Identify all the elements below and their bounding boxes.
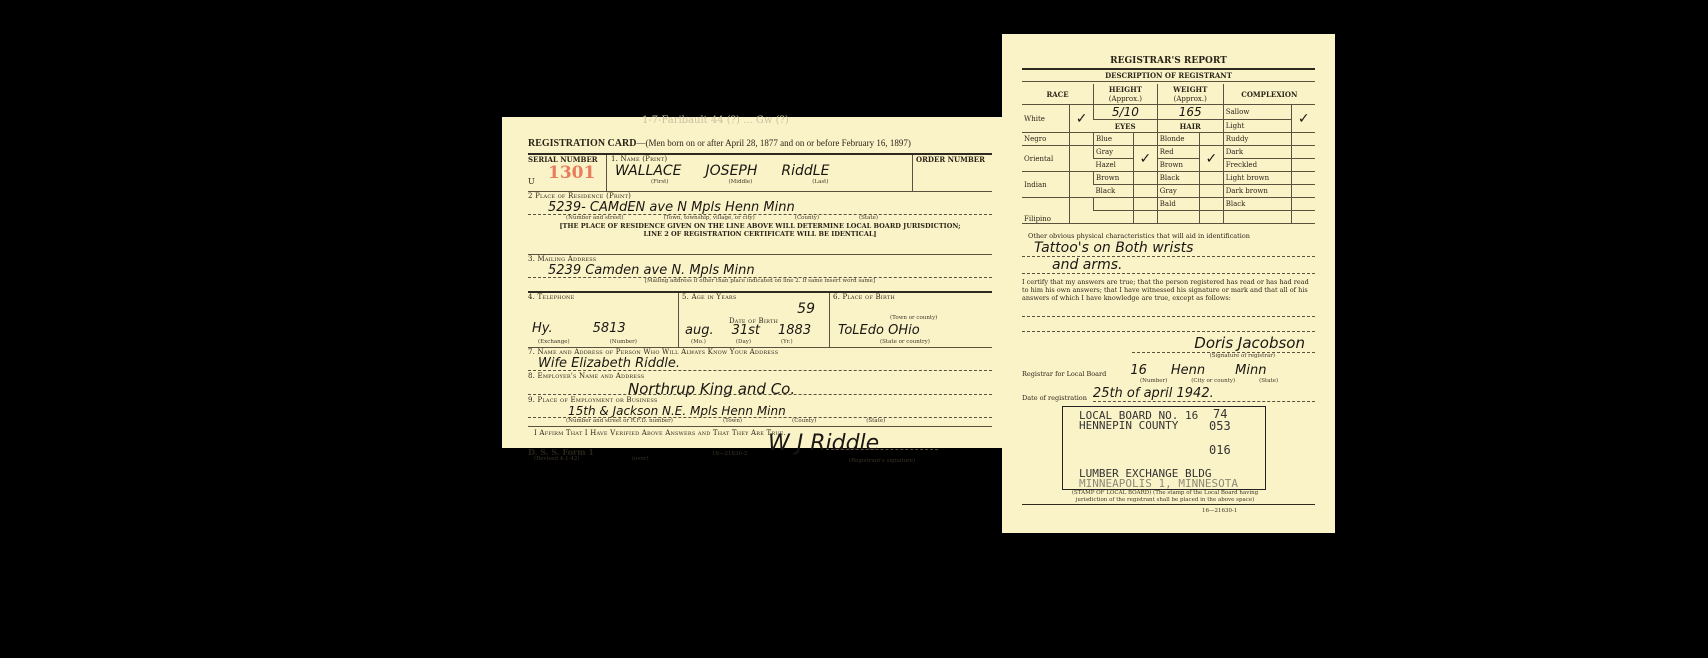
local-board-number: 16 — [1130, 363, 1147, 378]
name-last: RiddLE — [781, 163, 829, 179]
name-last-sub: (Last) — [812, 179, 828, 185]
serial-prefix: U — [528, 177, 535, 186]
weight-value: 165 — [1157, 105, 1223, 120]
race-filipino: Filipino — [1022, 198, 1070, 224]
complexion-dark: Dark — [1223, 146, 1292, 159]
height-value: 5/10 — [1094, 105, 1158, 120]
registration-card-front: 1-7-Faribault 44 (?) ... Gw (?) REGISTRA… — [502, 117, 1002, 448]
hair-gray: Gray — [1157, 185, 1199, 198]
name-label: 1. Name (Print) — [611, 155, 912, 163]
stamp-line4: MINNEAPOLIS 1, MINNESOTA — [1079, 477, 1238, 490]
dob-month-sub: (Mo.) — [691, 339, 706, 345]
telephone-number-sub: (Number) — [610, 339, 637, 345]
hair-header: HAIR — [1157, 120, 1223, 133]
complexion-sallow: Sallow — [1223, 105, 1292, 120]
dob-month: aug. — [685, 323, 714, 338]
telephone-number: 5813 — [593, 321, 626, 336]
other-characteristics-line2: and arms. — [1022, 257, 1315, 274]
stamp-number-3: 016 — [1209, 443, 1231, 457]
race-negro: Negro — [1022, 133, 1070, 146]
front-form-code: 16—21630-2 — [712, 451, 747, 457]
employer-label: 8. Employer's Name and Address — [528, 372, 992, 380]
complexion-light-check: ✓ — [1292, 105, 1315, 133]
race-white-check: ✓ — [1070, 105, 1094, 133]
order-number-box: ORDER NUMBER — [913, 155, 992, 191]
dob-day: 31st — [732, 323, 760, 338]
exception-line-2 — [1022, 317, 1315, 332]
workplace-sub-county: (County) — [792, 418, 816, 424]
other-characteristics-label: Other obvious physical characteristics t… — [1022, 232, 1315, 240]
report-subtitle: DESCRIPTION OF REGISTRANT — [1022, 70, 1315, 82]
employer-value: Northrup King and Co. — [528, 380, 992, 395]
residence-sub-town: (Town, township, village, or city) — [664, 215, 755, 221]
complexion-light: Light — [1223, 120, 1292, 133]
hair-bald: Bald — [1157, 198, 1199, 211]
serial-number-box: SERIAL NUMBER U 1301 — [528, 155, 607, 191]
residence-label: 2 Place of Residence (Print) — [528, 192, 992, 200]
race-header: RACE — [1022, 84, 1094, 105]
mailing-label: 3. Mailing Address — [528, 255, 992, 263]
registrar-signature-label: (Signature of registrar) — [1132, 352, 1315, 359]
local-board-label: Registrar for Local Board — [1022, 370, 1106, 378]
exception-line-1 — [1022, 302, 1315, 317]
local-board-city-sub: (City or county) — [1191, 378, 1235, 384]
bottom-rule — [1022, 504, 1315, 505]
race-white: White — [1022, 105, 1070, 133]
affirm-section: I Affirm That I Have Verified Above Answ… — [528, 427, 992, 467]
eyes-check: ✓ — [1134, 146, 1158, 172]
complexion-dark-brown: Dark brown — [1223, 185, 1292, 198]
local-board-city: Henn — [1171, 363, 1205, 378]
hair-blonde: Blonde — [1157, 133, 1199, 146]
name-middle: JOSEPH — [706, 163, 758, 179]
contact-section: 7. Name and Address of Person Who Will A… — [528, 348, 992, 372]
certify-text: I certify that my answers are true; that… — [1022, 278, 1315, 302]
hair-brown: Brown — [1157, 159, 1199, 172]
weight-header: WEIGHT(Approx.) — [1157, 84, 1223, 105]
residence-sub-county: (County) — [795, 215, 819, 221]
order-label: ORDER NUMBER — [916, 155, 992, 164]
registrars-report-back: REGISTRAR'S REPORT DESCRIPTION OF REGIST… — [1002, 34, 1335, 533]
stamp-line2: HENNEPIN COUNTY — [1079, 419, 1178, 432]
report-title: REGISTRAR'S REPORT — [1022, 56, 1315, 66]
workplace-section: 9. Place of Employment or Business 15th … — [528, 396, 992, 427]
back-form-code: 16—21630-1 — [1202, 508, 1237, 514]
mailing-sub: [Mailing address if other than place ind… — [528, 278, 992, 284]
eyes-hazel: Hazel — [1094, 159, 1134, 172]
eyes-header: EYES — [1094, 120, 1158, 133]
name-box: 1. Name (Print) WALLACE JOSEPH RiddLE (F… — [607, 155, 913, 191]
form-revised: (Revised 4-1-42) — [534, 456, 580, 462]
stamp-caption: (STAMP OF LOCAL BOARD) (The stamp of the… — [1060, 490, 1270, 504]
over-note: (over) — [632, 456, 649, 462]
affirmation-text: I Affirm That I Have Verified Above Answ… — [528, 427, 992, 437]
residence-sub-street: (Number and street) — [566, 215, 624, 221]
age-dob-box: 5. Age in Years 59 Date of Birth aug. 31… — [679, 293, 830, 347]
residence-value: 5239- CAMdEN ave N Mpls Henn Minn — [528, 200, 992, 215]
card-title: REGISTRATION CARD — [528, 138, 636, 149]
registrar-signature: Doris Jacobson — [1022, 334, 1315, 352]
residence-sub-state: (State) — [859, 215, 878, 221]
serial-number: 1301 — [548, 163, 595, 183]
mailing-section: 3. Mailing Address 5239 Camden ave N. Mp… — [528, 255, 992, 293]
registration-date-value: 25th of april 1942. — [1093, 386, 1315, 402]
eyes-gray: Gray — [1094, 146, 1134, 159]
signature-label: (Registrant's signature) — [826, 449, 938, 464]
height-header: HEIGHT(Approx.) — [1094, 84, 1158, 105]
other-characteristics-line1: Tattoo's on Both wrists — [1022, 240, 1315, 257]
name-first-sub: (First) — [651, 179, 669, 185]
birthplace-value: ToLEdo OHio — [838, 323, 920, 338]
telephone-label: 4. Telephone — [528, 293, 678, 301]
local-board-state: Minn — [1235, 363, 1266, 378]
complexion-header: COMPLEXION — [1223, 84, 1315, 105]
card-title-sub: —(Men born on or after April 28, 1877 an… — [636, 138, 910, 148]
complexion-black: Black — [1223, 198, 1292, 211]
workplace-sub-state: (State) — [866, 418, 885, 424]
local-board-state-sub: (State) — [1259, 378, 1278, 384]
complexion-freckled: Freckled — [1223, 159, 1292, 172]
workplace-sub-town: (Town) — [723, 418, 742, 424]
hair-red: Red — [1157, 146, 1199, 159]
name-middle-sub: (Middle) — [729, 179, 753, 185]
telephone-exchange: Hy. — [532, 321, 553, 336]
telephone-box: 4. Telephone Hy. 5813 (Exchange) (Number… — [528, 293, 679, 347]
hair-black: Black — [1157, 172, 1199, 185]
age-label: 5. Age in Years — [679, 293, 829, 301]
description-table: RACE HEIGHT(Approx.) WEIGHT(Approx.) COM… — [1022, 84, 1315, 224]
telephone-exchange-sub: (Exchange) — [538, 339, 570, 345]
complexion-ruddy: Ruddy — [1223, 133, 1292, 146]
local-board-row: Registrar for Local Board 16 Henn Minn — [1022, 363, 1315, 378]
workplace-value: 15th & Jackson N.E. Mpls Henn Minn — [528, 404, 992, 418]
registration-date-row: Date of registration 25th of april 1942. — [1022, 386, 1315, 402]
dob-day-sub: (Day) — [736, 339, 751, 345]
race-oriental: Oriental — [1022, 146, 1070, 172]
dob-year: 1883 — [778, 323, 811, 338]
birthplace-state-sub: (State or country) — [880, 339, 930, 345]
workplace-sub-street: (Number and street or R.F.D. number) — [566, 418, 673, 424]
local-board-number-sub: (Number) — [1140, 378, 1167, 384]
name-row: SERIAL NUMBER U 1301 1. Name (Print) WAL… — [528, 155, 992, 192]
name-first: WALLACE — [615, 163, 682, 179]
registration-date-label: Date of registration — [1022, 394, 1087, 402]
complexion-light-brown: Light brown — [1223, 172, 1292, 185]
mailing-value: 5239 Camden ave N. Mpls Minn — [528, 263, 992, 278]
eyes-blue: Blue — [1094, 133, 1134, 146]
residence-section: 2 Place of Residence (Print) 5239- CAMdE… — [528, 192, 992, 255]
age-value: 59 — [797, 301, 815, 317]
local-board-stamp: LOCAL BOARD NO. 16 HENNEPIN COUNTY 74 05… — [1062, 406, 1266, 490]
eyes-brown: Brown — [1094, 172, 1134, 185]
faint-pencil-notes: 1-7-Faribault 44 (?) ... Gw (?) — [642, 115, 789, 126]
eyes-black: Black — [1094, 185, 1134, 198]
contact-value: Wife Elizabeth Riddle. — [528, 356, 992, 371]
residence-note: [THE PLACE OF RESIDENCE GIVEN ON THE LIN… — [528, 221, 992, 239]
hair-check: ✓ — [1199, 146, 1223, 172]
contact-label: 7. Name and Address of Person Who Will A… — [528, 348, 992, 356]
birthplace-box: 6. Place of Birth (Town or county) ToLEd… — [830, 293, 992, 347]
race-indian: Indian — [1022, 172, 1070, 198]
telephone-age-birth-row: 4. Telephone Hy. 5813 (Exchange) (Number… — [528, 293, 992, 348]
birthplace-label: 6. Place of Birth — [833, 293, 992, 301]
birthplace-town-sub: (Town or county) — [890, 315, 937, 321]
dob-year-sub: (Yr.) — [781, 339, 793, 345]
stamp-number-2: 053 — [1209, 419, 1231, 433]
employer-section: 8. Employer's Name and Address Northrup … — [528, 372, 992, 396]
